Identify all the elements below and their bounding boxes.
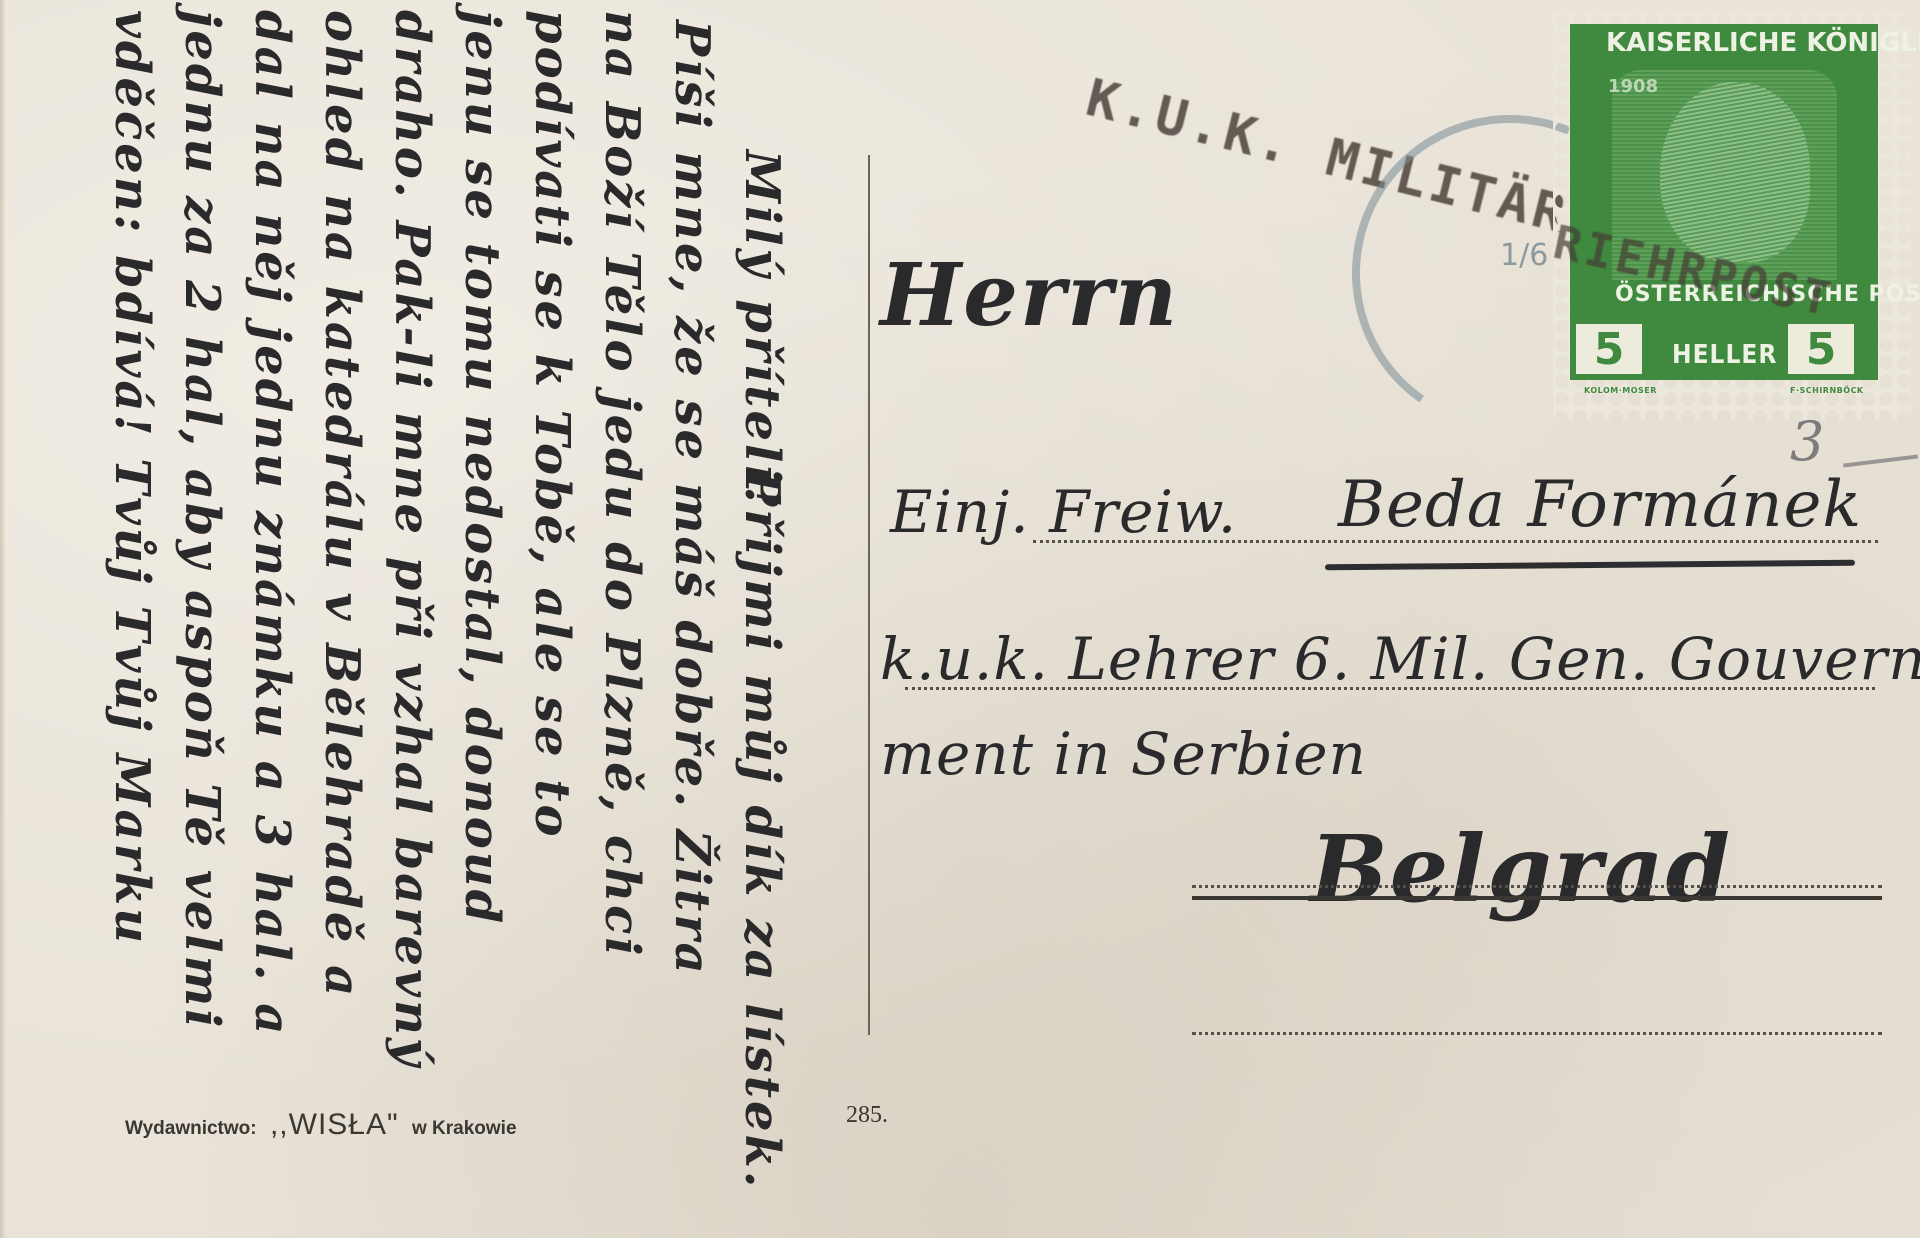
postcard-back: Milý příteli! Přijmi můj dík za lístek. … xyxy=(0,0,1920,1238)
stamp-text-top: KAISERLICHE KÖNIGLICHE xyxy=(1606,28,1920,58)
address-salutation: Herrn xyxy=(880,245,1179,346)
address-line-3: ment in Serbien xyxy=(880,720,1367,788)
pencil-note: 3 xyxy=(1790,410,1824,473)
address-city-rule xyxy=(1192,896,1882,900)
emperor-portrait-icon xyxy=(1660,82,1810,262)
message-line: na Boží Tělo jedu do Plzně, chci xyxy=(594,10,650,959)
pencil-dash xyxy=(1843,454,1918,467)
stamp-currency: HELLER xyxy=(1672,340,1777,370)
stamp-denomination-left: 5 xyxy=(1572,320,1646,378)
message-line: dal na něj jednu známku a 3 hal. a xyxy=(244,10,300,1037)
address-city-rule-dotted xyxy=(1192,885,1882,888)
message-line: Přijmi můj dík za lístek. xyxy=(734,470,790,1191)
address-line-2-rule xyxy=(905,687,1875,690)
stamp-denomination-right: 5 xyxy=(1784,320,1858,378)
message-line: podívati se k Tobě, ale se to xyxy=(524,10,580,840)
address-recipient-name: Beda Formánek xyxy=(1338,468,1862,542)
address-line-1 xyxy=(1033,540,1878,543)
stamp-engraver-credit: F·SCHIRNBÖCK xyxy=(1790,386,1864,395)
address-line-empty xyxy=(1192,1032,1882,1035)
imprint-publisher: ,,WISŁA" xyxy=(270,1108,399,1141)
postmark-date: 1/6 xyxy=(1500,238,1548,273)
name-underline xyxy=(1325,560,1855,571)
card-number: 285. xyxy=(846,1102,888,1129)
imprint-prefix: Wydawnictwo: xyxy=(125,1118,257,1139)
address-city: Belgrad xyxy=(1310,815,1732,923)
stamp-designer-credit: KOLOM·MOSER xyxy=(1584,386,1657,395)
publisher-imprint: Wydawnictwo: ,,WISŁA" w Krakowie xyxy=(125,1108,517,1142)
imprint-city: w Krakowie xyxy=(412,1118,517,1139)
message-line: draho. Pak-li mne při vzhal barevný xyxy=(384,10,440,1069)
message-line: Milý příteli! xyxy=(734,150,790,511)
message-line: jednu za 2 hal, aby aspoň Tě velmi xyxy=(174,10,230,1031)
message-line: jenu se tomu nedostal, donoud xyxy=(454,10,510,926)
message-line: vděčen: bdívá! Tvůj Tvůj Marku xyxy=(104,10,160,946)
address-title: Einj. Freiw. xyxy=(890,478,1237,546)
address-line-2: k.u.k. Lehrer 6. Mil. Gen. Gouverne- xyxy=(880,625,1920,693)
message-line: Píši mne, že se máš dobře. Žitra xyxy=(664,20,720,977)
handwritten-message: Milý příteli! Přijmi můj dík za lístek. … xyxy=(20,0,800,1238)
message-line: ohled na katedrálu v Bělehradě a xyxy=(314,10,370,999)
stamp-year: 1908 xyxy=(1608,76,1658,97)
center-divider xyxy=(868,155,870,1035)
